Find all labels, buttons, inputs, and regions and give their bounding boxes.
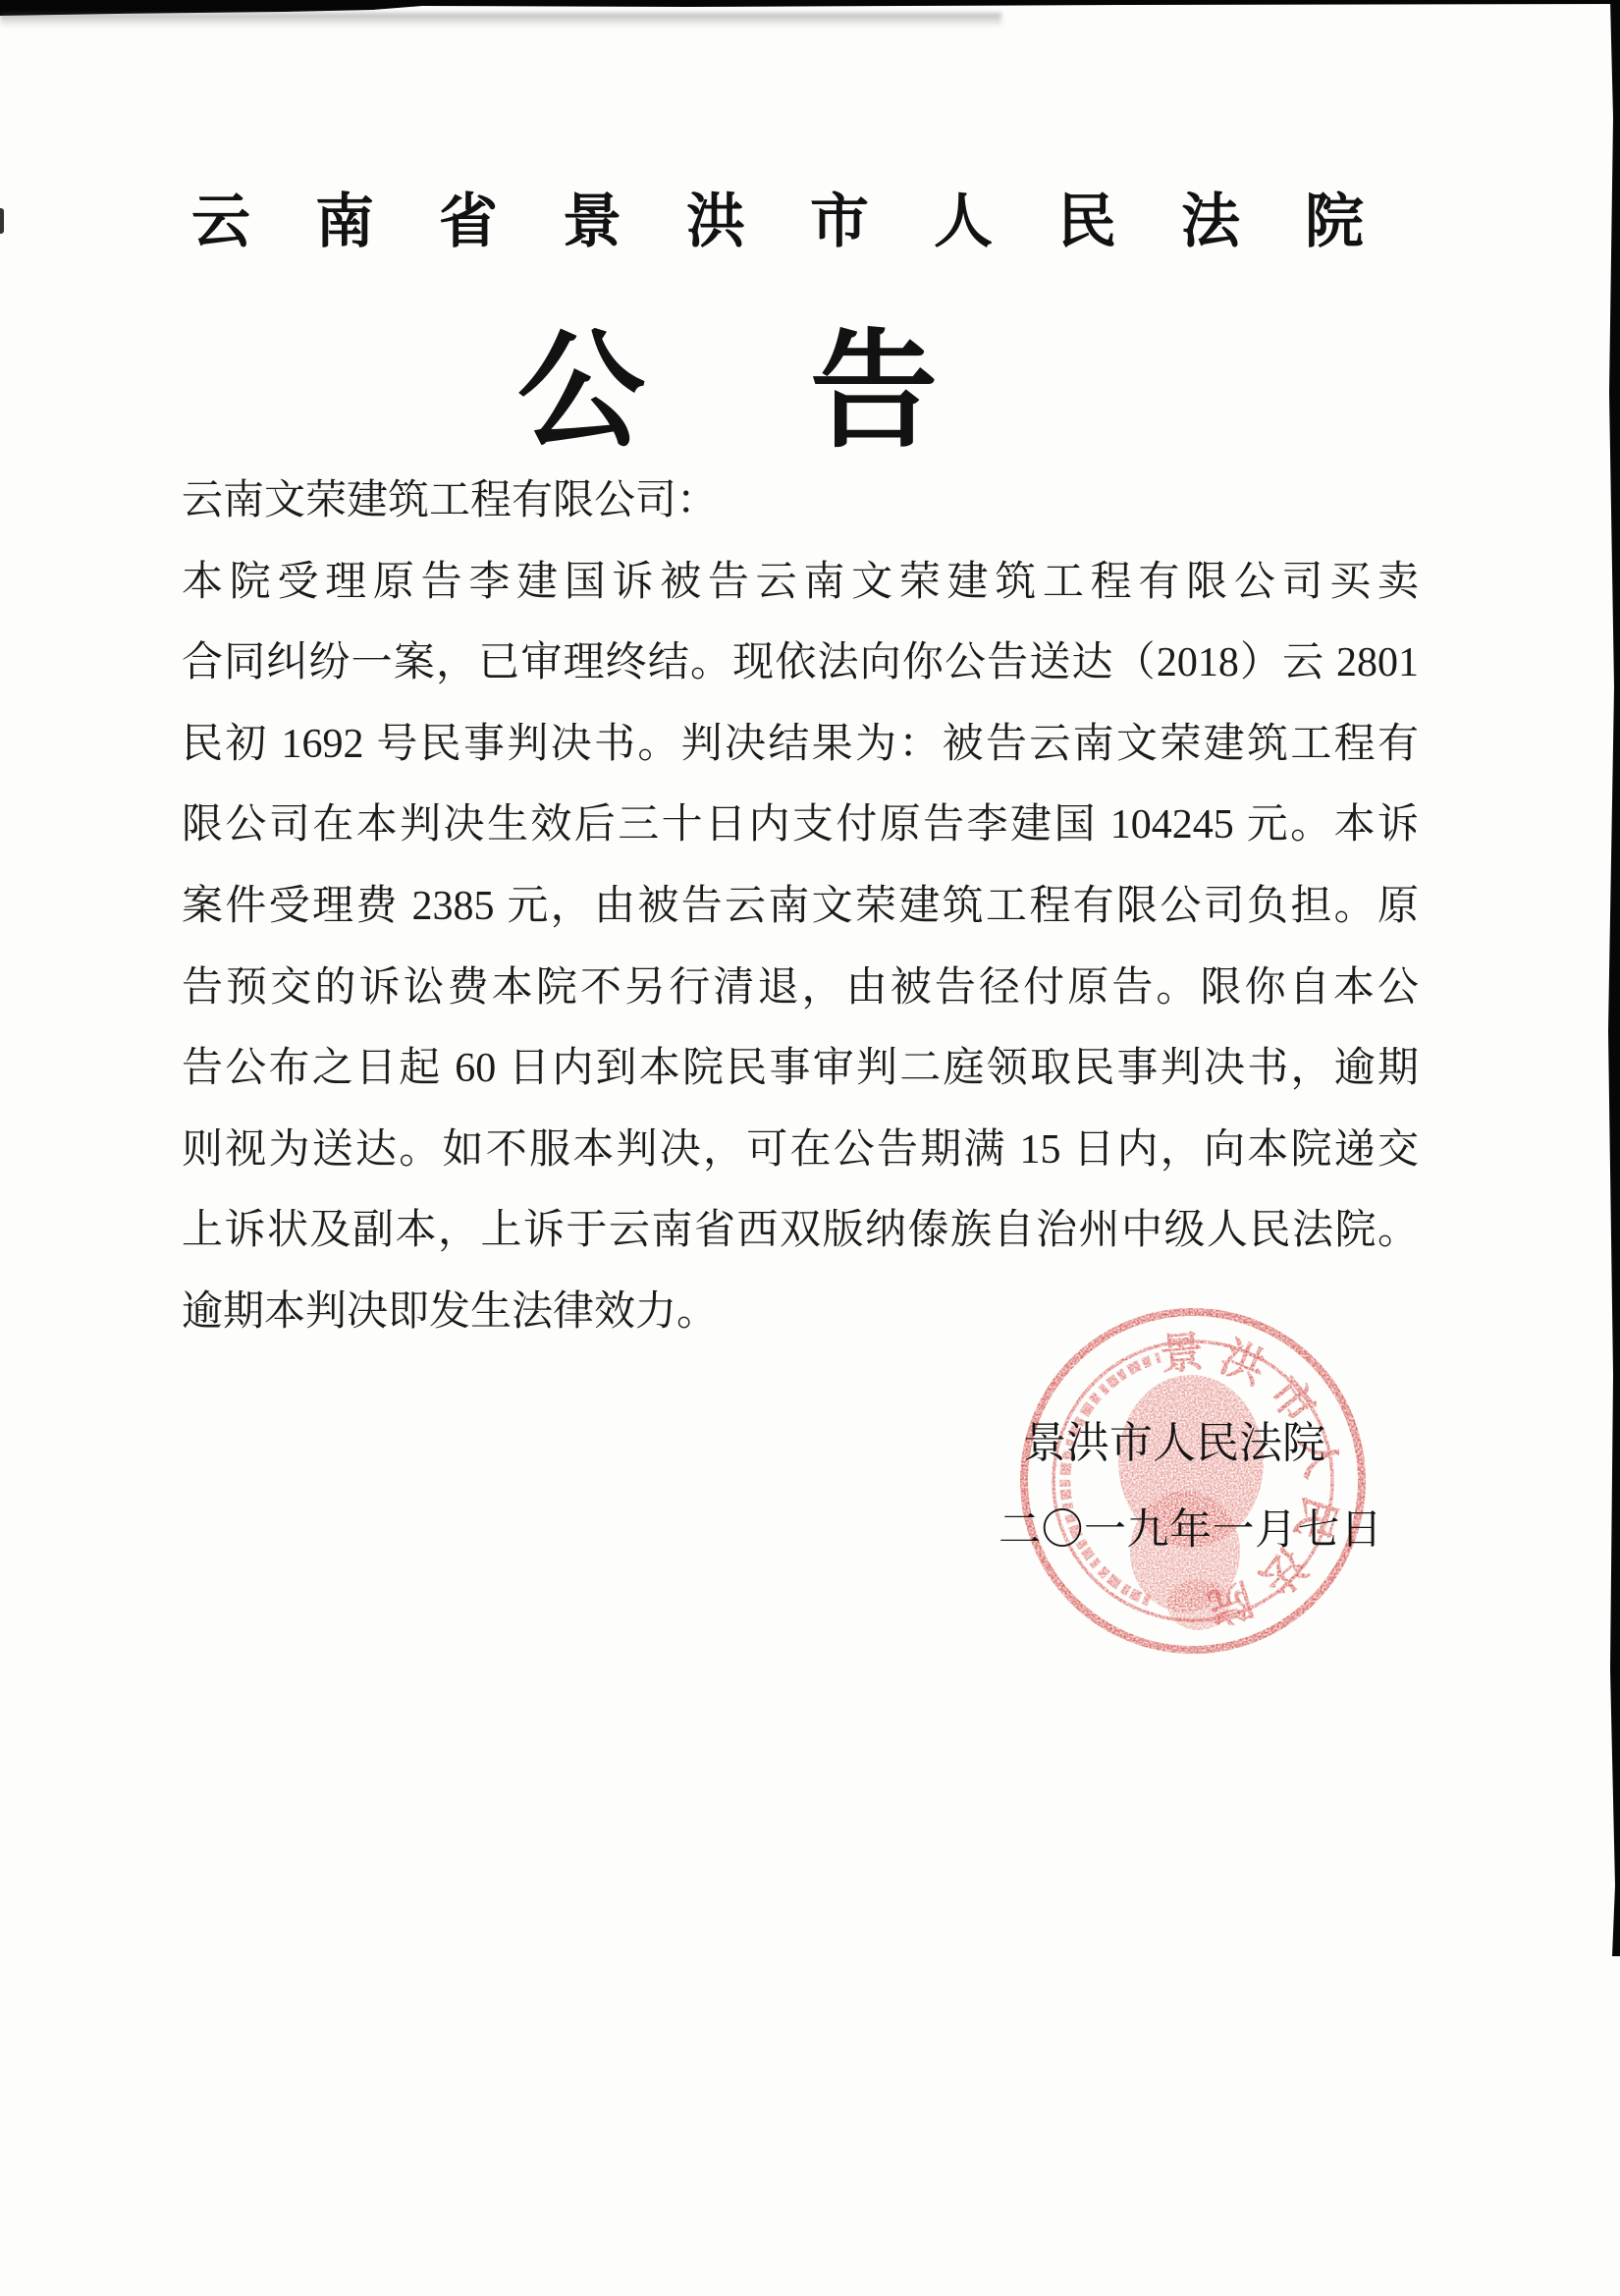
notice-title: 公告	[517, 324, 1103, 462]
notice-body: 云南文荣建筑工程有限公司： 本院受理原告李建国诉被告云南文荣建筑工程有限公司买卖…	[182, 461, 1419, 1353]
body-line: 限公司在本判决生效后三十日内支付原告李建国 104245 元。本诉	[182, 785, 1419, 866]
notice-body-lines: 本院受理原告李建国诉被告云南文荣建筑工程有限公司买卖合同纠纷一案，已审理终结。现…	[182, 542, 1419, 1353]
court-header-title: 云南省景洪市人民法院	[191, 190, 1429, 254]
scan-artifact-left-mark	[0, 208, 4, 234]
seal-ring-character: 景	[1159, 1328, 1206, 1380]
scan-artifact-top-shadow	[0, 13, 1001, 27]
body-line: 本院受理原告李建国诉被告云南文荣建筑工程有限公司买卖	[182, 542, 1419, 624]
body-line: 案件受理费 2385 元，由被告云南文荣建筑工程有限公司负担。原	[182, 866, 1419, 948]
signature-court-name: 景洪市人民法院	[1023, 1420, 1325, 1467]
court-seal: 景 洪 市 人 民 法 院	[1016, 1304, 1370, 1658]
body-line: 则视为送达。如不服本判决，可在公告期满 15 日内，向本院递交	[182, 1110, 1419, 1191]
scan-artifact-right-streak	[1608, 0, 1620, 1956]
body-line: 上诉状及副本，上诉于云南省西双版纳傣族自治州中级人民法院。	[182, 1190, 1419, 1272]
body-line: 告公布之日起 60 日内到本院民事审判二庭领取民事判决书，逾期	[182, 1028, 1419, 1110]
addressee-line: 云南文荣建筑工程有限公司：	[182, 461, 1419, 542]
scanned-court-notice-page: 云南省景洪市人民法院 公告 云南文荣建筑工程有限公司： 本院受理原告李建国诉被告…	[0, 0, 1620, 2296]
body-line: 合同纠纷一案，已审理终结。现依法向你公告送达（2018）云 2801	[182, 623, 1419, 704]
body-line: 告预交的诉讼费本院不另行清退，由被告径付原告。限你自本公	[182, 948, 1419, 1029]
body-line: 民初 1692 号民事判决书。判决结果为：被告云南文荣建筑工程有	[182, 704, 1419, 786]
signature-date: 二〇一九年一月七日	[999, 1507, 1383, 1555]
